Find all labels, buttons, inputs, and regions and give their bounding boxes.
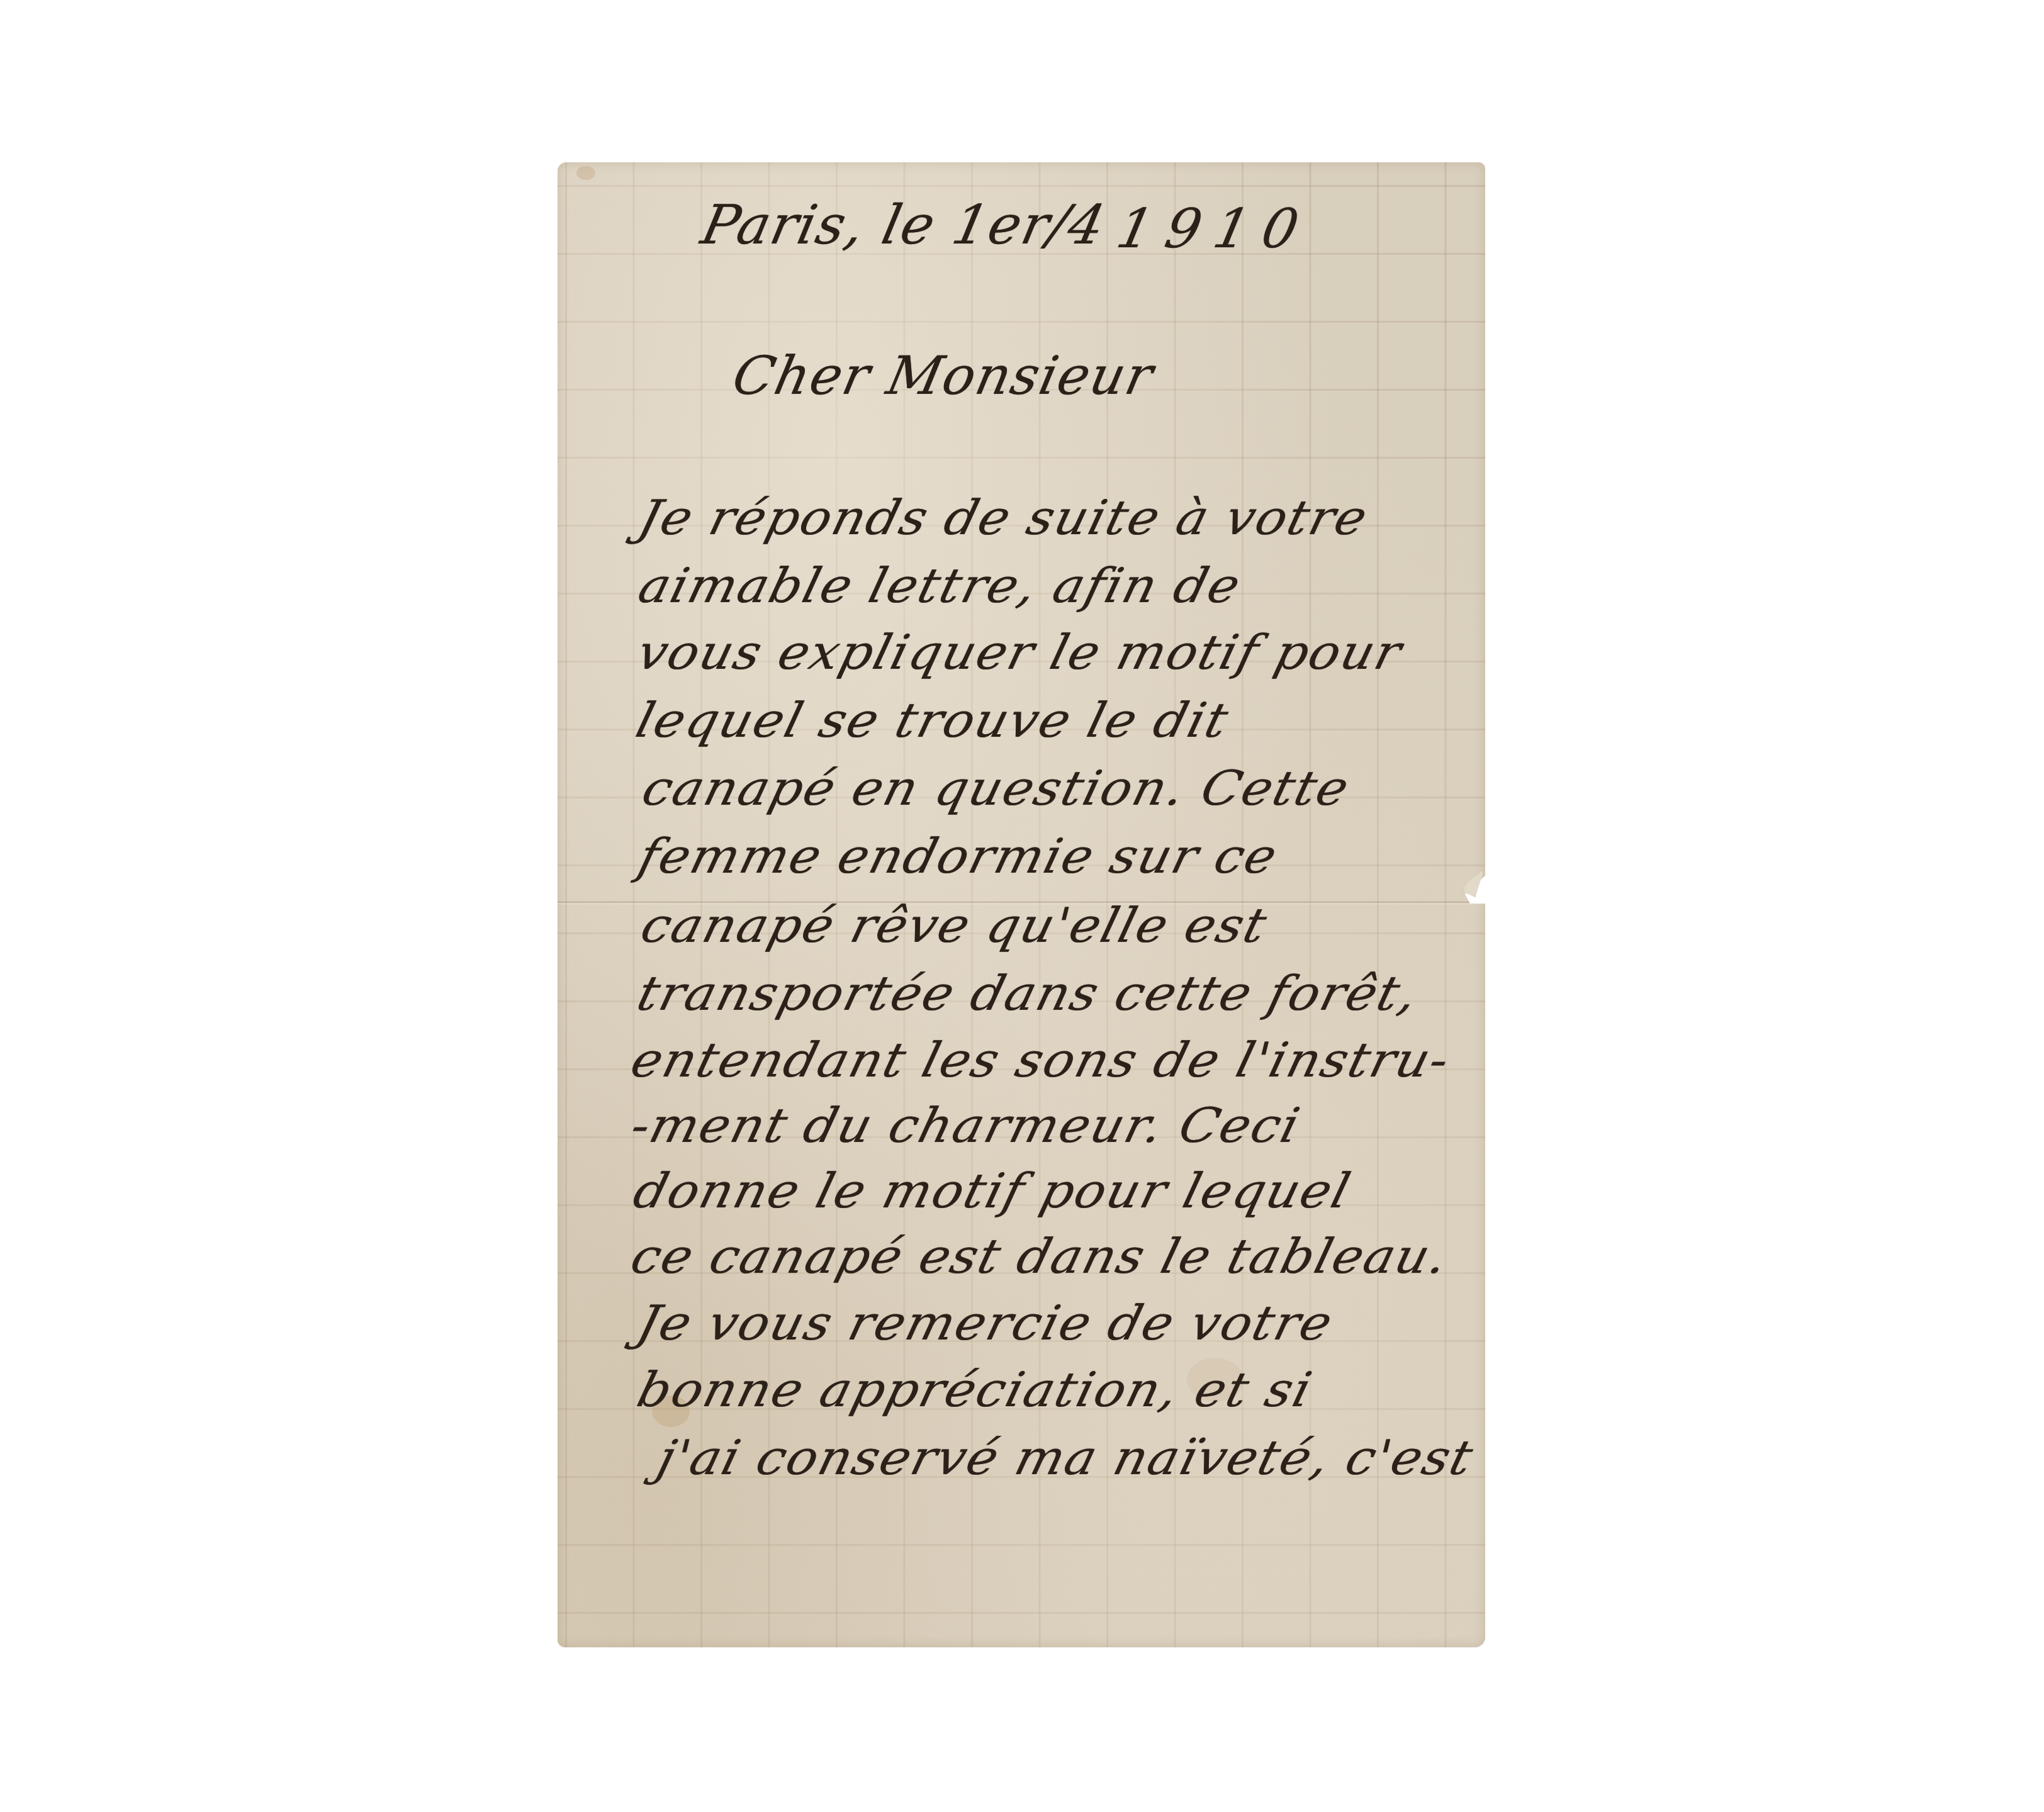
letter-salutation: Cher Monsieur xyxy=(727,345,1159,406)
body-line: canapé en question. Cette xyxy=(637,760,1356,816)
body-line: femme endormie sur ce xyxy=(633,828,1284,884)
body-line: bonne appréciation, et si xyxy=(632,1362,1318,1418)
letter-sheet: Paris, le 1er/4 1910 Cher Monsieur Je ré… xyxy=(558,162,1485,1647)
body-line: entendant les sons de l'instru- xyxy=(626,1032,1456,1088)
body-line: canapé rêve qu'elle est xyxy=(636,897,1273,953)
body-line: j'ai conservé ma naïveté, c'est xyxy=(652,1429,1480,1485)
letter-place-date: Paris, le 1er/4 xyxy=(696,194,1111,257)
body-line: aimable lettre, afin de xyxy=(633,557,1247,613)
body-line: -ment du charmeur. Ceci xyxy=(626,1097,1306,1153)
body-line: lequel se trouve le dit xyxy=(631,692,1235,748)
body-line: Je réponds de suite à votre xyxy=(633,489,1374,545)
body-line: vous expliquer le motif pour xyxy=(632,624,1408,680)
body-line: Je vous remercie de votre xyxy=(632,1295,1339,1351)
body-line: donne le motif pour lequel xyxy=(628,1163,1357,1219)
letter-year: 1910 xyxy=(1111,198,1318,260)
body-line: transportée dans cette forêt, xyxy=(632,965,1424,1021)
body-line: ce canapé est dans le tableau. xyxy=(626,1228,1455,1284)
foxing-spot xyxy=(576,166,595,180)
